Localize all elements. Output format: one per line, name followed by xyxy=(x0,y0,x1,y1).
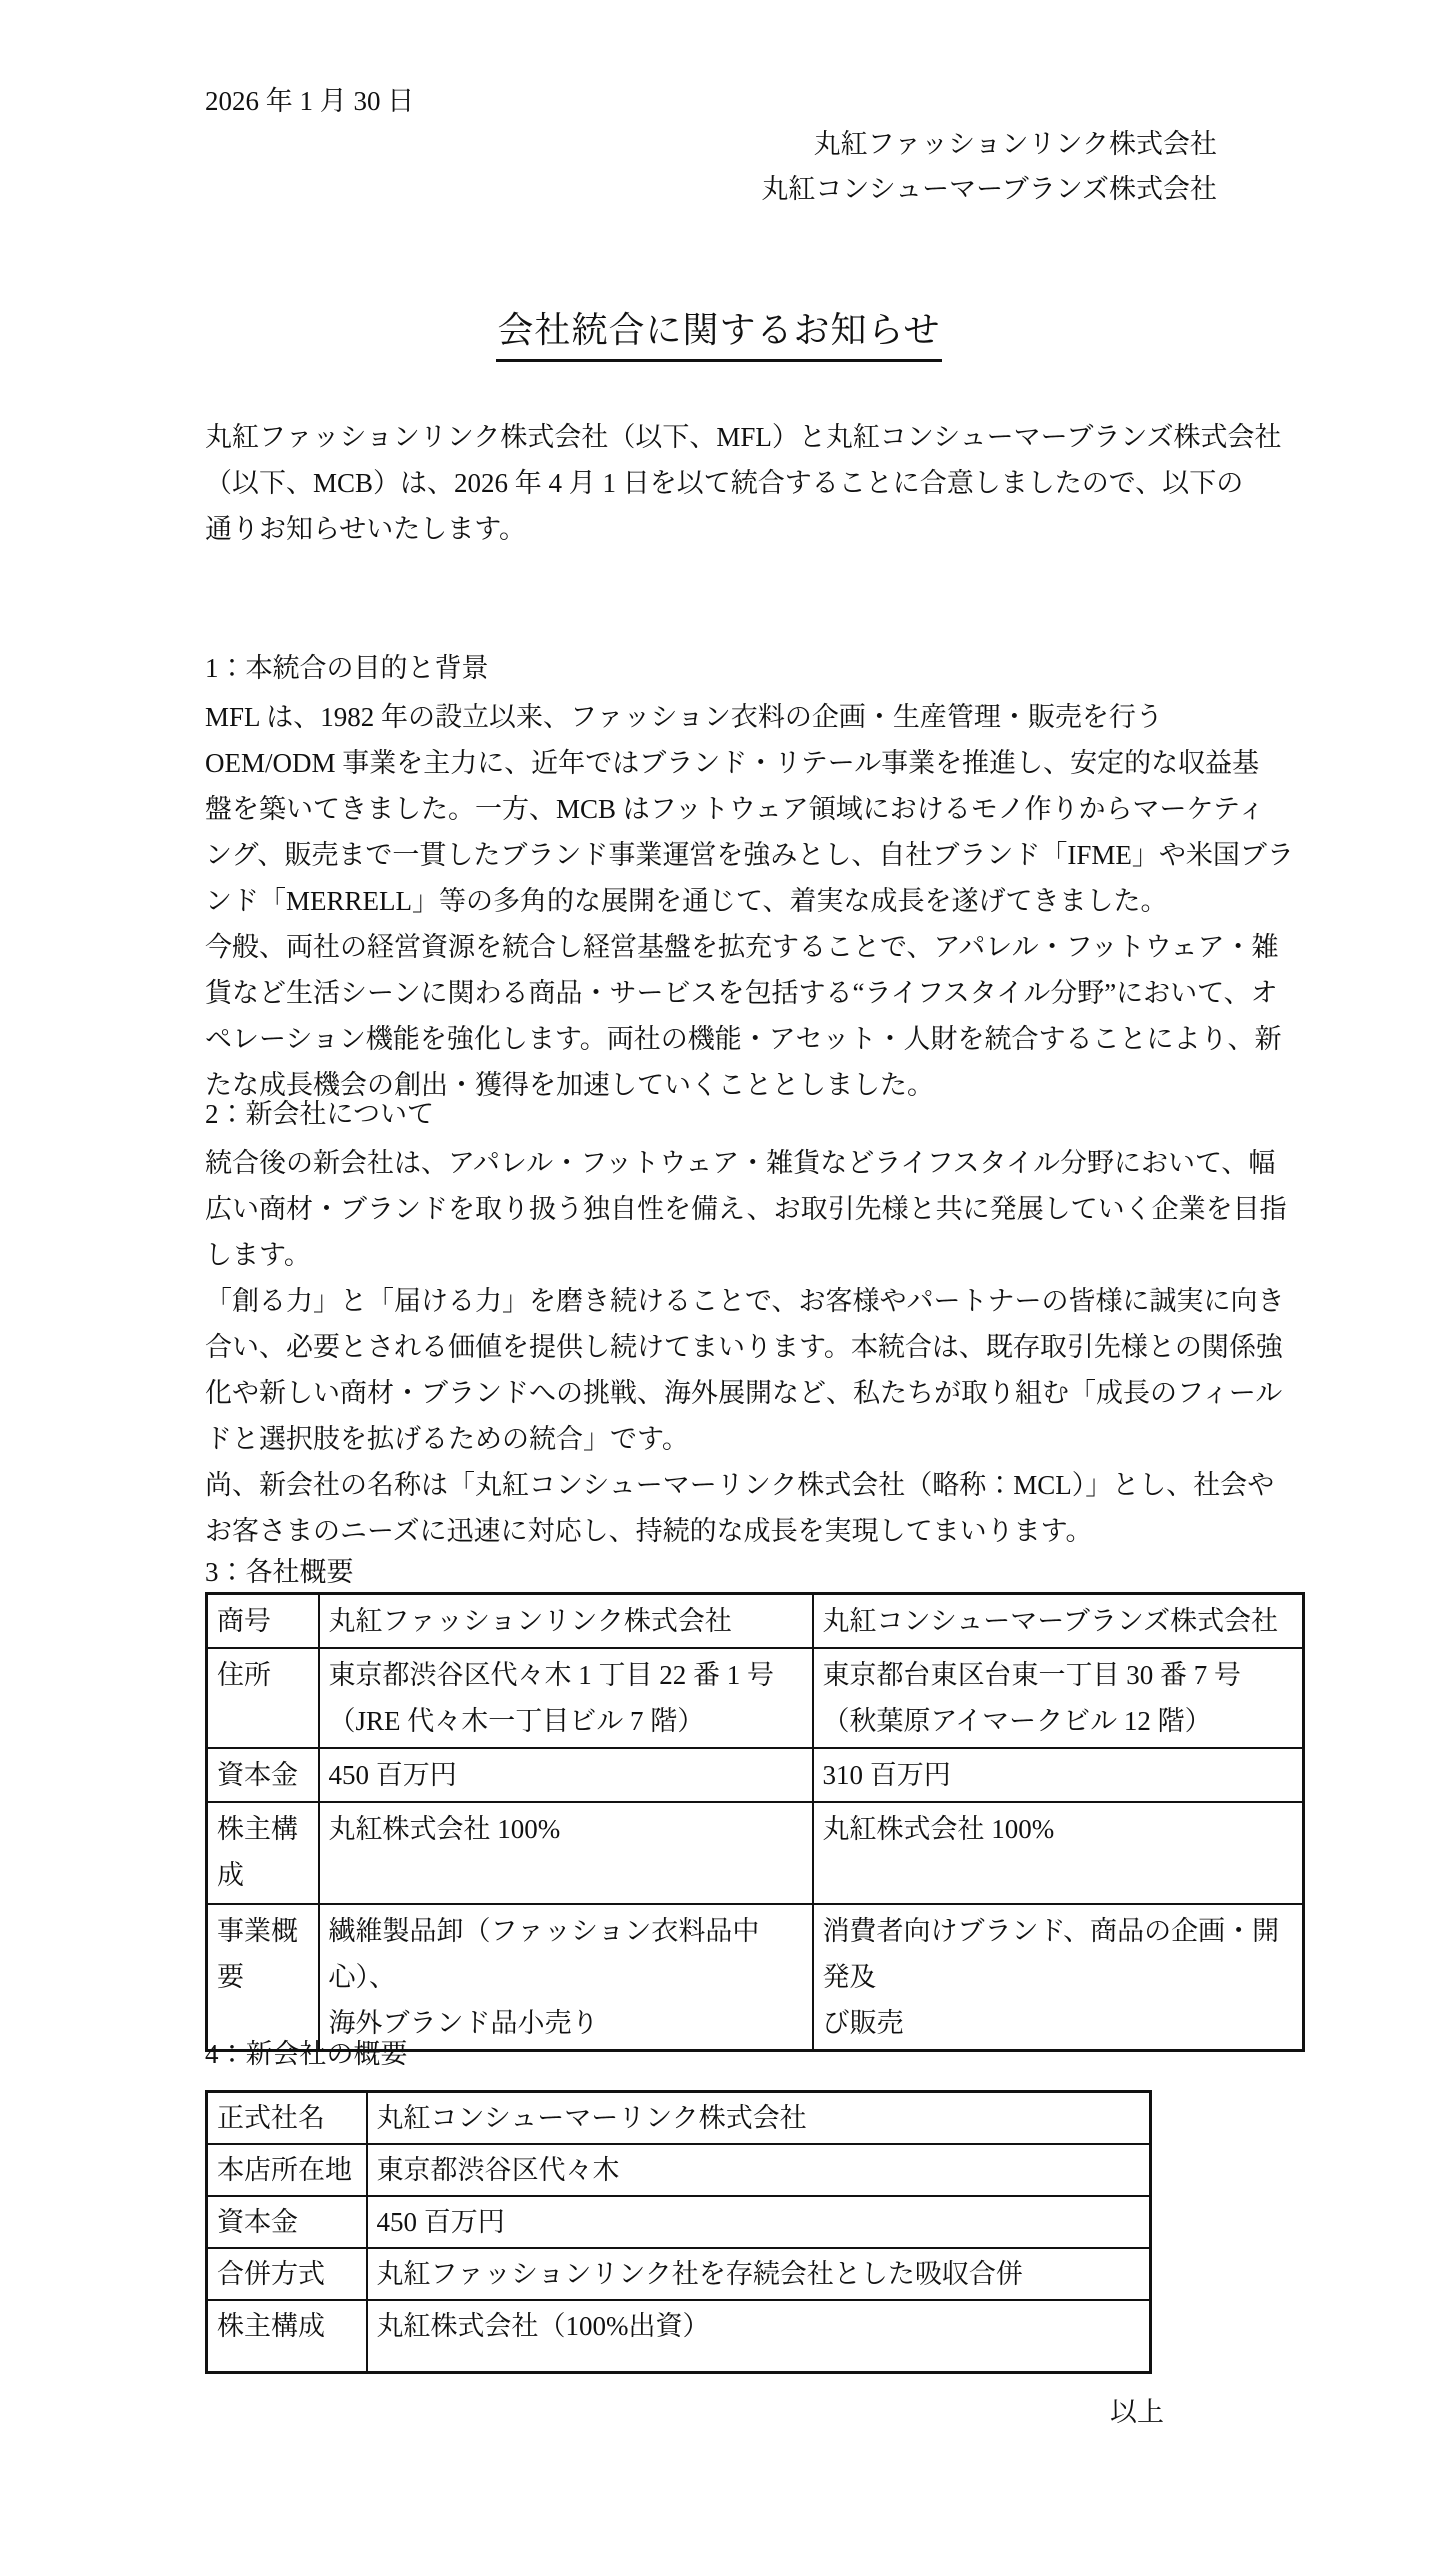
row-label: 事業概要 xyxy=(207,1904,319,2051)
table-row-tradename: 商号 丸紅ファッションリンク株式会社 丸紅コンシューマーブランズ株式会社 xyxy=(207,1594,1304,1649)
text-line: 今般、両社の経営資源を統合し経営基盤を拡充することで、アパレル・フットウェア・雑 xyxy=(205,924,1215,970)
sender-companies: 丸紅ファッションリンク株式会社 丸紅コンシューマーブランズ株式会社 xyxy=(761,122,1217,212)
new-company-table: 正式社名 丸紅コンシューマーリンク株式会社 本店所在地 東京都渋谷区代々木 資本… xyxy=(205,2090,1152,2374)
table-row-address: 住所 東京都渋谷区代々木 1 丁目 22 番 1 号（JRE 代々木一丁目ビル … xyxy=(207,1648,1304,1748)
text-line: 化や新しい商材・ブランドへの挑戦、海外展開など、私たちが取り組む「成長のフィール xyxy=(205,1370,1215,1416)
row-label: 本店所在地 xyxy=(207,2144,367,2196)
text-line: 丸紅株式会社 100% xyxy=(823,1806,1294,1852)
shareholders-value: 丸紅株式会社（100%出資） xyxy=(367,2300,1151,2372)
table-row-business: 事業概要 繊維製品卸（ファッション衣料品中心）、海外ブランド品小売り 消費者向け… xyxy=(207,1904,1304,2051)
section1-heading: 1：本統合の目的と背景 xyxy=(205,648,489,688)
text-line: 東京都渋谷区代々木 1 丁目 22 番 1 号 xyxy=(329,1652,803,1698)
text-line: （秋葉原アイマークビル 12 階） xyxy=(823,1698,1294,1744)
capital-value: 450 百万円 xyxy=(367,2196,1151,2248)
text-line: 450 百万円 xyxy=(329,1752,803,1798)
sender-company-2: 丸紅コンシューマーブランズ株式会社 xyxy=(761,167,1217,212)
text-line: OEM/ODM 事業を主力に、近年ではブランド・リテール事業を推進し、安定的な収… xyxy=(205,740,1215,786)
table-row-shareholders: 株主構成 丸紅株式会社 100% 丸紅株式会社 100% xyxy=(207,1802,1304,1904)
row-label: 株主構成 xyxy=(207,2300,367,2372)
row-label: 資本金 xyxy=(207,1748,319,1802)
text-line: 310 百万円 xyxy=(823,1752,1294,1798)
mcb-shareholders: 丸紅株式会社 100% xyxy=(813,1802,1304,1904)
row-label: 資本金 xyxy=(207,2196,367,2248)
mfl-address: 東京都渋谷区代々木 1 丁目 22 番 1 号（JRE 代々木一丁目ビル 7 階… xyxy=(319,1648,813,1748)
mfl-tradename: 丸紅ファッションリンク株式会社 xyxy=(319,1594,813,1649)
closing-mark: 以上 xyxy=(1110,2390,1164,2429)
section2-heading: 2：新会社について xyxy=(205,1094,434,1134)
text-line: します。 xyxy=(205,1232,1215,1278)
head-office-value: 東京都渋谷区代々木 xyxy=(367,2144,1151,2196)
text-line: 尚、新会社の名称は「丸紅コンシューマーリンク株式会社（略称：MCL）」とし、社会… xyxy=(205,1462,1215,1508)
text-line: 盤を築いてきました。一方、MCB はフットウェア領域におけるモノ作りからマーケテ… xyxy=(205,786,1215,832)
row-label: 正式社名 xyxy=(207,2092,367,2145)
section4-heading: 4：新会社の概要 xyxy=(205,2034,408,2074)
text-line: ング、販売まで一貫したブランド事業運営を強みとし、自社ブランド「IFME」や米国… xyxy=(205,832,1215,878)
document-date: 2026 年 1 月 30 日 xyxy=(205,84,414,118)
mcb-capital: 310 百万円 xyxy=(813,1748,1304,1802)
mfl-shareholders: 丸紅株式会社 100% xyxy=(319,1802,813,1904)
text-line: 丸紅ファッションリンク株式会社 xyxy=(329,1598,803,1644)
table-row-head-office: 本店所在地 東京都渋谷区代々木 xyxy=(207,2144,1151,2196)
text-line: （以下、MCB）は、2026 年 4 月 1 日を以て統合することに合意しました… xyxy=(205,460,1215,506)
text-line: 東京都台東区台東一丁目 30 番 7 号 xyxy=(823,1652,1294,1698)
mfl-business: 繊維製品卸（ファッション衣料品中心）、海外ブランド品小売り xyxy=(319,1904,813,2051)
mcb-tradename: 丸紅コンシューマーブランズ株式会社 xyxy=(813,1594,1304,1649)
table-row-capital: 資本金 450 百万円 310 百万円 xyxy=(207,1748,1304,1802)
official-name-value: 丸紅コンシューマーリンク株式会社 xyxy=(367,2092,1151,2145)
text-line: 貨など生活シーンに関わる商品・サービスを包括する“ライフスタイル分野”において、… xyxy=(205,970,1215,1016)
mcb-address: 東京都台東区台東一丁目 30 番 7 号（秋葉原アイマークビル 12 階） xyxy=(813,1648,1304,1748)
text-line: 統合後の新会社は、アパレル・フットウェア・雑貨などライフスタイル分野において、幅 xyxy=(205,1140,1215,1186)
table-row-merger-method: 合併方式 丸紅ファッションリンク社を存続会社とした吸収合併 xyxy=(207,2248,1151,2300)
text-line: 丸紅株式会社 100% xyxy=(329,1806,803,1852)
text-line: 通りお知らせいたします。 xyxy=(205,506,1215,552)
title-wrap: 会社統合に関するお知らせ xyxy=(0,302,1438,362)
text-line: MFL は、1982 年の設立以来、ファッション衣料の企画・生産管理・販売を行う xyxy=(205,694,1215,740)
row-label: 住所 xyxy=(207,1648,319,1748)
text-line: ペレーション機能を強化します。両社の機能・アセット・人財を統合することにより、新 xyxy=(205,1016,1215,1062)
row-label: 商号 xyxy=(207,1594,319,1649)
table-row-shareholders: 株主構成 丸紅株式会社（100%出資） xyxy=(207,2300,1151,2372)
section3-heading: 3：各社概要 xyxy=(205,1552,354,1592)
text-line: 丸紅ファッションリンク株式会社（以下、MFL）と丸紅コンシューマーブランズ株式会… xyxy=(205,414,1215,460)
row-label: 株主構成 xyxy=(207,1802,319,1904)
mfl-capital: 450 百万円 xyxy=(319,1748,813,1802)
mcb-business: 消費者向けブランド、商品の企画・開発及び販売 xyxy=(813,1904,1304,2051)
table-row-capital: 資本金 450 百万円 xyxy=(207,2196,1151,2248)
sender-company-1: 丸紅ファッションリンク株式会社 xyxy=(761,122,1217,167)
table-row-official-name: 正式社名 丸紅コンシューマーリンク株式会社 xyxy=(207,2092,1151,2145)
text-line: 合い、必要とされる価値を提供し続けてまいります。本統合は、既存取引先様との関係強 xyxy=(205,1324,1215,1370)
text-line: ドと選択肢を拡げるための統合」です。 xyxy=(205,1416,1215,1462)
row-label: 合併方式 xyxy=(207,2248,367,2300)
companies-overview-table: 商号 丸紅ファッションリンク株式会社 丸紅コンシューマーブランズ株式会社 住所 … xyxy=(205,1592,1305,2052)
text-line: 広い商材・ブランドを取り扱う独自性を備え、お取引先様と共に発展していく企業を目指 xyxy=(205,1186,1215,1232)
text-line: 繊維製品卸（ファッション衣料品中心）、 xyxy=(329,1908,803,2000)
text-line: 「創る力」と「届ける力」を磨き続けることで、お客様やパートナーの皆様に誠実に向き xyxy=(205,1278,1215,1324)
text-line: （JRE 代々木一丁目ビル 7 階） xyxy=(329,1698,803,1744)
document-title: 会社統合に関するお知らせ xyxy=(496,302,943,362)
text-line: 丸紅コンシューマーブランズ株式会社 xyxy=(823,1598,1294,1644)
intro-paragraph: 丸紅ファッションリンク株式会社（以下、MFL）と丸紅コンシューマーブランズ株式会… xyxy=(205,414,1215,552)
text-line: ンド「MERRELL」等の多角的な展開を通じて、着実な成長を遂げてきました。 xyxy=(205,878,1215,924)
section1-body: MFL は、1982 年の設立以来、ファッション衣料の企画・生産管理・販売を行う… xyxy=(205,694,1215,1108)
text-line: お客さまのニーズに迅速に対応し、持続的な成長を実現してまいります。 xyxy=(205,1508,1215,1554)
text-line: 消費者向けブランド、商品の企画・開発及 xyxy=(823,1908,1294,2000)
merger-method-value: 丸紅ファッションリンク社を存続会社とした吸収合併 xyxy=(367,2248,1151,2300)
document-page: 2026 年 1 月 30 日 丸紅ファッションリンク株式会社 丸紅コンシューマ… xyxy=(0,0,1438,2560)
text-line: び販売 xyxy=(823,2000,1294,2046)
section2-body: 統合後の新会社は、アパレル・フットウェア・雑貨などライフスタイル分野において、幅… xyxy=(205,1140,1215,1554)
